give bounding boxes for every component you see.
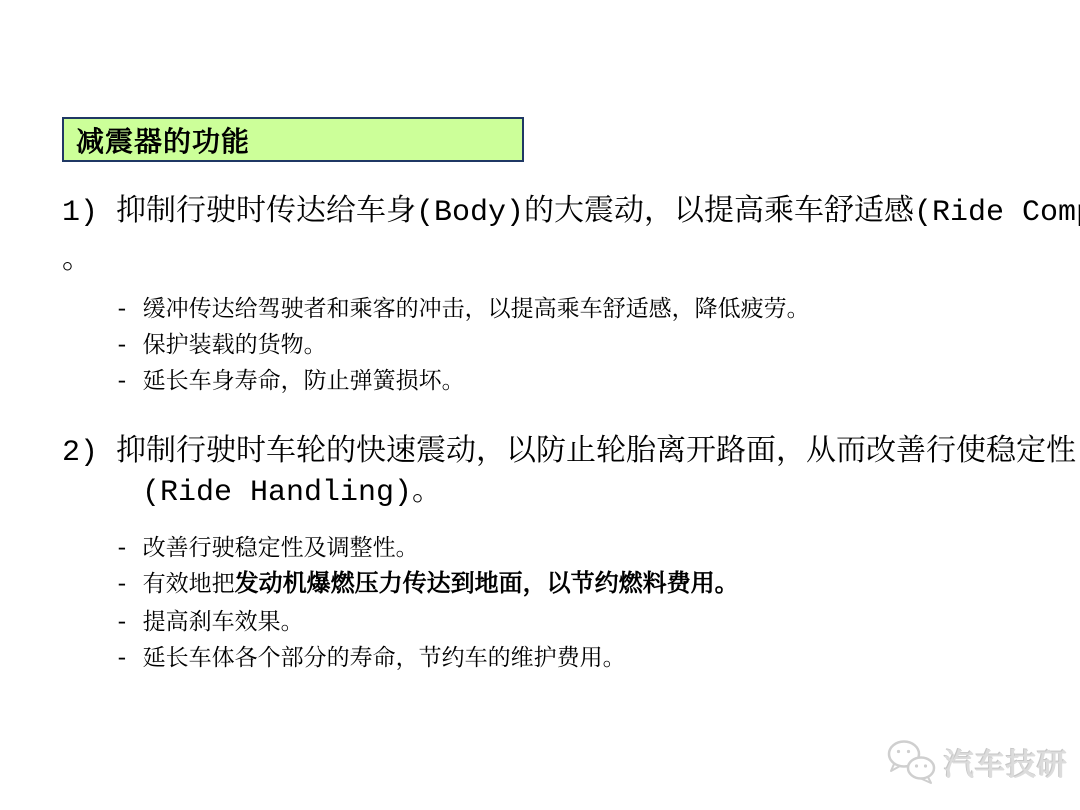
item2-line2: (Ride Handling)。 [142,476,442,511]
watermark: 汽车技研 [884,738,1068,786]
item1-line1: 1) 抑制行驶时传达给车身(Body)的大震动，以提高乘车舒适感(Ride Co… [62,196,1080,231]
bullet-text: - 有效地把 [115,572,235,598]
item2-line1: 2) 抑制行驶时车轮的快速震动，以防止轮胎离开路面，从而改善行使稳定性 [62,436,1076,471]
title-box: 减震器的功能 [62,117,524,162]
wechat-logo-icon [884,738,938,786]
bullet-text: - 延长车身寿命，防止弹簧损坏。 [115,369,465,395]
item1-bullet-2: - 保护装载的货物。 [115,333,327,359]
item2-bullet-4: - 延长车体各个部分的寿命，节约车的维护费用。 [115,646,626,672]
bullet-text: - 提高刹车效果。 [115,610,304,636]
page-title: 减震器的功能 [76,120,250,160]
item2-bullet-3: - 提高刹车效果。 [115,610,304,636]
item1-line2: 。 [62,244,92,279]
watermark-label: 汽车技研 [944,740,1068,784]
slide: 减震器的功能 1) 抑制行驶时传达给车身(Body)的大震动，以提高乘车舒适感(… [0,0,1080,810]
item2-bullet-2: - 有效地把发动机爆燃压力传达到地面，以节约燃料费用。 [115,572,739,600]
bullet-text: - 延长车体各个部分的寿命，节约车的维护费用。 [115,646,626,672]
item2-bullet-1: - 改善行驶稳定性及调整性。 [115,536,419,562]
bullet-text: - 缓冲传达给驾驶者和乘客的冲击，以提高乘车舒适感，降低疲劳。 [115,297,810,323]
item1-bullet-3: - 延长车身寿命，防止弹簧损坏。 [115,369,465,395]
bullet-text: - 改善行驶稳定性及调整性。 [115,536,419,562]
bullet-text: - 保护装载的货物。 [115,333,327,359]
bullet-text-bold: 发动机爆燃压力传达到地面，以节约燃料费用。 [235,572,739,599]
item1-bullet-1: - 缓冲传达给驾驶者和乘客的冲击，以提高乘车舒适感，降低疲劳。 [115,297,810,323]
